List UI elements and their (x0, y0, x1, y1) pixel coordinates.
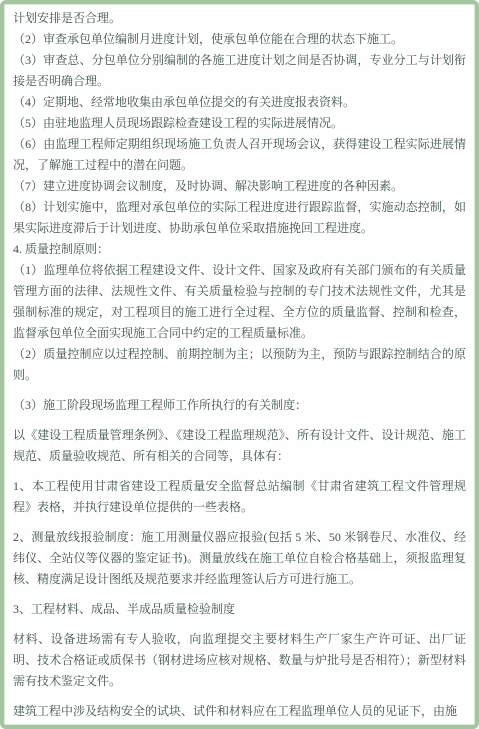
paragraph: （5）由驻地监理人员现场跟踪检查建设工程的实际进展情况。 (13, 113, 466, 134)
section-heading: 3、工程材料、成品、半成品质量检验制度 (13, 599, 466, 620)
paragraph: （2）质量控制应以过程控制、前期控制为主；以预防为主，预防与跟踪控制结合的原则。 (13, 344, 466, 386)
paragraph: （3）审查总、分包单位分别编制的各施工进度计划之间是否协调，专业分工与计划衔接是… (13, 50, 466, 92)
section-heading: 4. 质量控制原则： (13, 239, 466, 260)
paragraph: （2）审查承包单位编制月进度计划，使承包单位能在合理的状态下施工。 (13, 29, 466, 50)
paragraph: （8）计划实施中，监理对承包单位的实际工程进度进行跟踪监督，实施动态控制，如果实… (13, 197, 466, 239)
paragraph-continuation: 计划安排是否合理。 (13, 8, 466, 29)
paragraph: 1、本工程使用甘肃省建设工程质量安全监督总站编制《甘肃省建筑工程文件管理规程》表… (13, 476, 466, 518)
paragraph: （4）定期地、经常地收集由承包单位提交的有关进度报表资料。 (13, 92, 466, 113)
paragraph: （6）由监理工程师定期组织现场施工负责人召开现场会议，获得建设工程实际进展情况，… (13, 134, 466, 176)
paragraph: 材料、设备进场需有专人验收，向监理提交主要材料生产厂家生产许可证、出厂证明、技术… (13, 629, 466, 692)
paragraph: 以《建设工程质量管理条例》、《建设工程监理规范》、所有设计文件、设计规范、施工规… (13, 425, 466, 467)
paragraph: 2、测量放线报验制度：施工用测量仪器应报验(包括 5 米、50 米钢卷尺、水准仪… (13, 527, 466, 590)
paragraph: （1）监理单位将依据工程建设文件、设计文件、国家及政府有关部门颁布的有关质量管理… (13, 260, 466, 344)
document-page: 计划安排是否合理。 （2）审查承包单位编制月进度计划，使承包单位能在合理的状态下… (0, 0, 479, 729)
paragraph-cutoff: 建筑工程中涉及结构安全的试块、试件和材料应在工程监理单位人员的见证下，由施 (13, 701, 466, 722)
paragraph: （3）施工阶段现场监理工程师工作所执行的有关制度： (13, 395, 466, 416)
paragraph: （7）建立进度协调会议制度，及时协调、解决影响工程进度的各种因素。 (13, 176, 466, 197)
